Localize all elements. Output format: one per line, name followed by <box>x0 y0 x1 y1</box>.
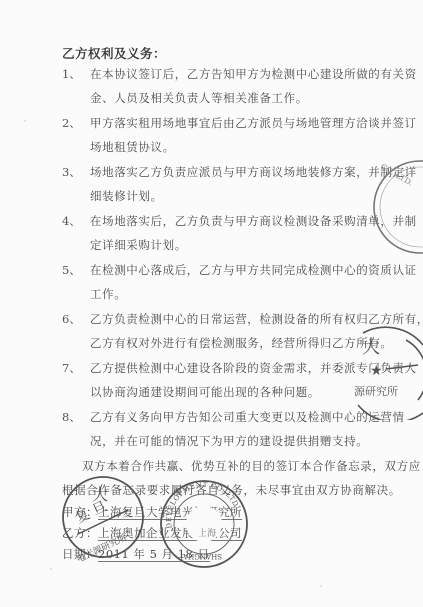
item-number: 2、 <box>62 115 86 131</box>
item-line: 细装修计划。 <box>90 188 163 204</box>
institute-stamp-mid-right: 大 ★ 源研究所 <box>348 325 423 420</box>
scan-speck <box>24 120 26 122</box>
company-stamp-bottom-center: DEVELOPMENT CO.,LTD. SHANGHAI 上海 <box>158 478 250 570</box>
item-number: 1、 <box>62 66 86 82</box>
svg-text:大: 大 <box>92 485 108 504</box>
item-number: 5、 <box>62 262 86 278</box>
item-line: 在检测中心落成后，乙方与甲方共同完成检测中心的资质认证 <box>90 262 417 278</box>
document-page: 乙方权利及义务： 1、 在本协议签订后，乙方告知甲方为检测中心建设所做的有关资 … <box>0 0 423 607</box>
item-line: 场地落实乙方负责应派员与甲方商议场地装修方案，并制定详 <box>90 164 417 180</box>
item-line: 甲方落实租用场地事宜后由乙方派员与场地管理方洽谈并签订 <box>90 115 417 131</box>
item-line: 工作。 <box>90 286 126 302</box>
item-number: 4、 <box>62 213 86 229</box>
item-line: 以协商沟通建设期间可能出现的各种问题。 <box>90 384 320 400</box>
item-number: 7、 <box>62 360 86 376</box>
company-stamp-top-right: CO.,LTD. <box>372 155 423 265</box>
svg-text:★: ★ <box>370 363 383 379</box>
item-line: 金、人员及相关负责人等相关准备工作。 <box>90 90 308 106</box>
item-number: 3、 <box>62 164 86 180</box>
stamp-text: CO.,LTD. <box>379 162 415 188</box>
item-line: 况，并在可能的情况下为甲方的建设提供捐赠支持。 <box>90 433 368 449</box>
item-number: 8、 <box>62 409 86 425</box>
item-line: 在本协议签订后，乙方告知甲方为检测中心建设所做的有关资 <box>90 66 417 82</box>
scan-speck <box>400 470 402 472</box>
svg-text:SHANGHAI: SHANGHAI <box>180 552 222 560</box>
svg-text:大: 大 <box>362 337 380 358</box>
item-line: 场地租赁协议。 <box>90 139 175 155</box>
scan-speck <box>50 568 52 570</box>
stamp-text: 源研究所 <box>354 384 398 398</box>
item-line: 在场地落实后，乙方负责与甲方商议检测设备采购清单，并制 <box>90 213 417 229</box>
institute-stamp-bottom-left: 复 旦 大 电光源研究所 <box>58 472 148 562</box>
item-line: 定详细采购计划。 <box>90 237 187 253</box>
svg-text:上海: 上海 <box>198 527 216 539</box>
section-heading: 乙方权利及义务： <box>62 44 166 62</box>
scan-speck <box>320 585 322 587</box>
item-number: 6、 <box>62 311 86 327</box>
